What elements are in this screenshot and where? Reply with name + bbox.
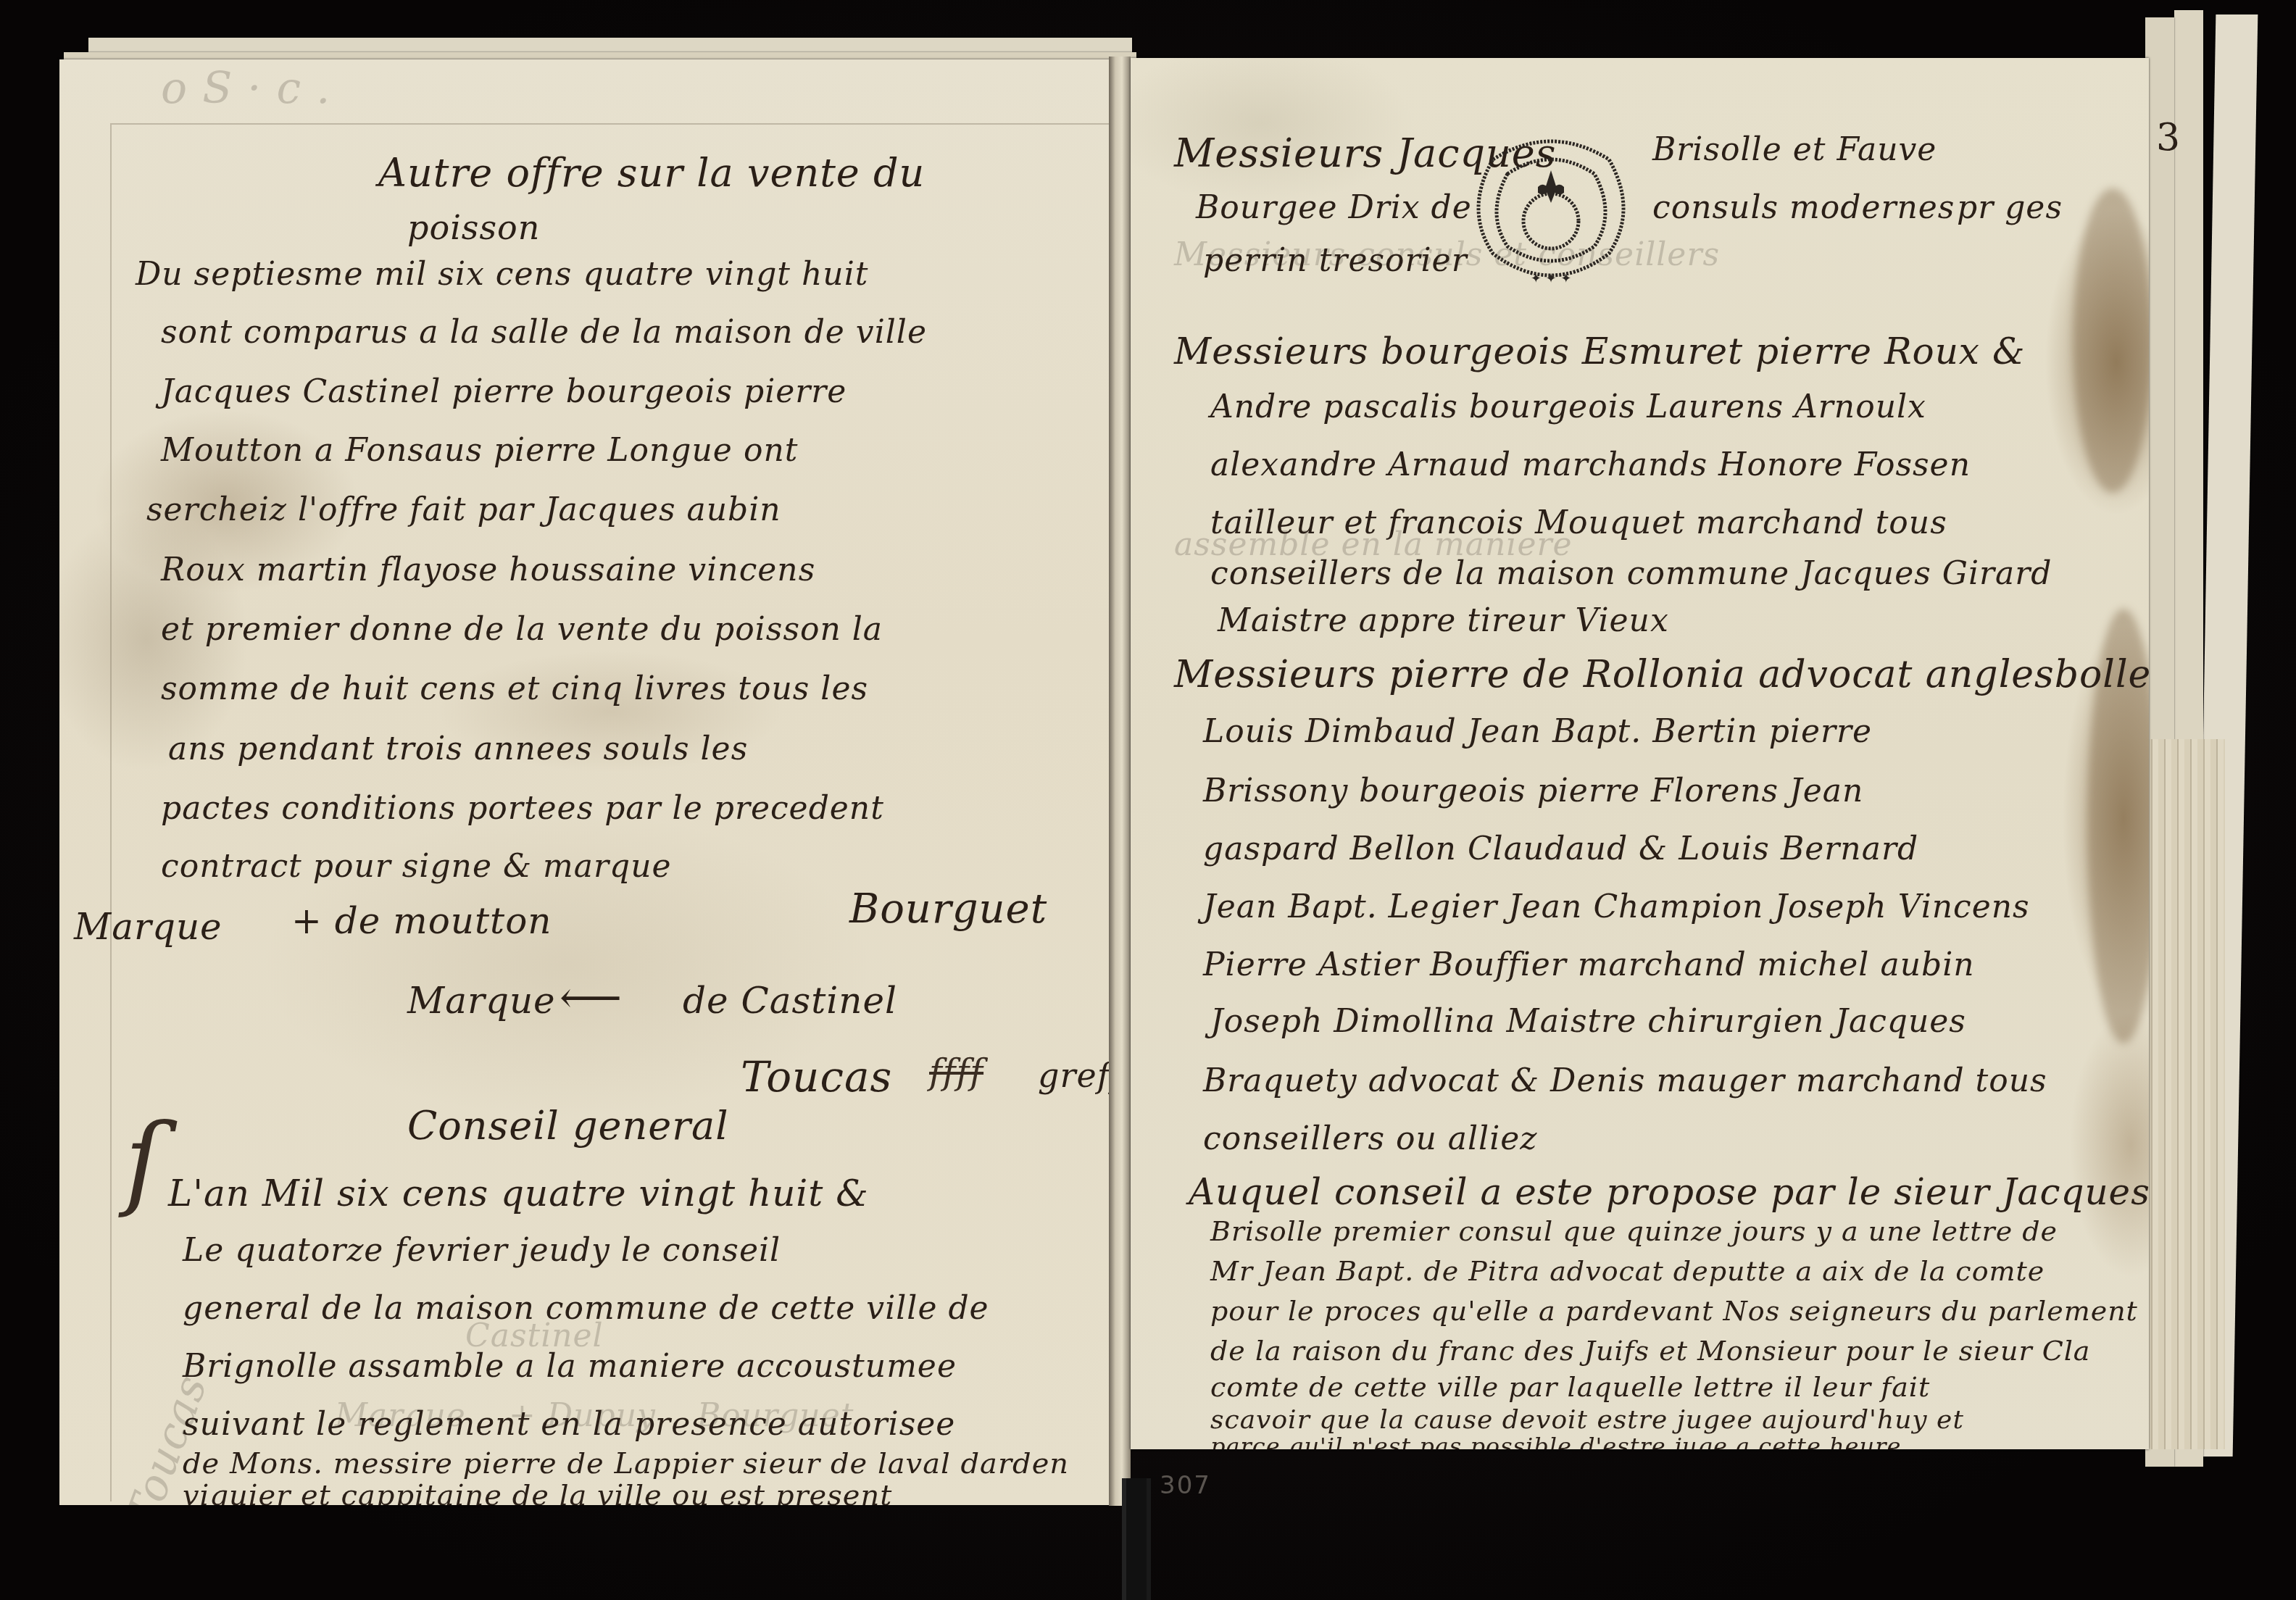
text-line: Braquety advocat & Denis mauger marchand… <box>1203 1065 2047 1097</box>
text-line: Roux martin flayose houssaine vincens <box>161 554 815 586</box>
signature-cross: ⟵ <box>560 972 623 1023</box>
text-line: de Mons. messire pierre de Lappier sieur… <box>183 1449 1069 1478</box>
text-line: sercheiz l'offre fait par Jacques aubin <box>146 494 781 526</box>
text-line: gaspard Bellon Claudaud & Louis Bernard <box>1203 833 1918 865</box>
section-heading: Conseil general <box>407 1103 729 1149</box>
folio-number: 3 <box>2156 116 2180 159</box>
text-line: Auquel conseil a este propose par le sie… <box>1189 1174 2149 1210</box>
text-line: somme de huit cens et cinq livres tous l… <box>161 673 868 705</box>
text-line: pour le proces qu'elle a pardevant Nos s… <box>1210 1297 2138 1325</box>
page-edge-stack <box>2145 739 2225 1449</box>
text-line: pr ges <box>1957 192 2063 224</box>
text-line: Pierre Astier Bouffier marchand michel a… <box>1203 949 1975 981</box>
signature-castinel: de Castinel <box>683 980 897 1022</box>
left-page: o S · c . Marque + Dupuy Bourguet Castin… <box>59 59 1118 1505</box>
text-line: Bourgee Drix de <box>1196 192 1472 224</box>
text-line: Du septiesme mil six cens quatre vingt h… <box>136 259 868 291</box>
bleed-through-text: o S · c . <box>161 67 330 110</box>
right-page: Messieurs consuls et conseillers assembl… <box>1131 58 2149 1449</box>
text-line: conseillers de la maison commune Jacques… <box>1210 558 2052 590</box>
text-line: de la raison du franc des Juifs et Monsi… <box>1210 1337 2091 1364</box>
entry-heading-continued: poisson <box>407 208 540 247</box>
archival-pencil-number: 307 <box>1160 1471 1211 1500</box>
text-line: Maistre appre tireur Vieux <box>1218 605 1669 637</box>
text-line: parce qu'il n'est pas possible d'estre j… <box>1210 1435 1901 1449</box>
text-line: conseillers ou alliez <box>1203 1123 1537 1155</box>
signature-greffier: greff. <box>1038 1056 1118 1095</box>
text-line: Brisolle et Fauve <box>1652 134 1937 166</box>
text-line: sont comparus a la salle de la maison de… <box>161 317 927 349</box>
text-line: contract pour signe & marque <box>161 851 672 883</box>
text-line: ans pendant trois annees souls les <box>168 733 748 765</box>
text-line: Jean Bapt. Legier Jean Champion Joseph V… <box>1203 891 2030 923</box>
text-line: suivant le reglement en la presence auto… <box>183 1409 955 1441</box>
text-line: Andre pascalis bourgeois Laurens Arnoulx <box>1210 391 1926 423</box>
manuscript-scene: o S · c . Marque + Dupuy Bourguet Castin… <box>0 0 2296 1600</box>
text-line: Brisolle premier consul que quinze jours… <box>1210 1217 2058 1245</box>
text-line: Louis Dimbaud Jean Bapt. Bertin pierre <box>1203 716 1872 748</box>
seal-stamp-icon: ✦ ✦ ✦ <box>1464 130 1638 297</box>
text-line: Jacques Castinel pierre bourgeois pierre <box>161 376 847 408</box>
text-line: viguier et cappitaine de la ville ou est… <box>183 1481 892 1505</box>
book-gutter <box>1109 57 1131 1506</box>
entry-heading: Autre offre sur la vente du <box>378 150 925 196</box>
text-line: Mr Jean Bapt. de Pitra advocat deputte a… <box>1210 1257 2045 1285</box>
text-line: consuls modernes <box>1652 192 1955 224</box>
text-line: tailleur et francois Mouquet marchand to… <box>1210 507 1947 539</box>
spine <box>1122 1478 1151 1600</box>
text-line: Messieurs pierre de Rollonia advocat ang… <box>1174 656 2149 693</box>
marginal-flourish: ſ <box>125 1103 163 1221</box>
text-line: Joseph Dimollina Maistre chirurgien Jacq… <box>1210 1006 1966 1038</box>
svg-text:✦ ✦ ✦: ✦ ✦ ✦ <box>1531 271 1572 286</box>
text-line: Le quatorze fevrier jeudy le conseil <box>183 1235 781 1267</box>
text-line: alexandre Arnaud marchands Honore Fossen <box>1210 449 1971 481</box>
signature-cross: + de moutton <box>291 900 552 942</box>
text-line: comte de cette ville par laquelle lettre… <box>1210 1373 1930 1401</box>
signature-mark: Marque <box>407 980 556 1022</box>
text-line: general de la maison commune de cette vi… <box>183 1293 989 1325</box>
signature-flourish: ffff <box>929 1052 983 1093</box>
water-stain <box>2073 188 2149 493</box>
text-line: perrin tresorier <box>1203 245 1468 277</box>
text-line: Brissony bourgeois pierre Florens Jean <box>1203 775 1863 807</box>
text-line: pactes conditions portees par le precede… <box>161 793 884 825</box>
text-line: Brignolle assamble a la maniere accoustu… <box>183 1351 957 1383</box>
text-line: scavoir que la cause devoit estre jugee … <box>1210 1407 1964 1433</box>
text-line: et premier donne de la vente du poisson … <box>161 614 883 646</box>
signature-mark: Marque <box>74 906 222 948</box>
text-line: L'an Mil six cens quatre vingt huit & <box>168 1175 869 1212</box>
signature-bourguet: Bourguet <box>849 886 1047 933</box>
text-line: Messieurs bourgeois Esmuret pierre Roux … <box>1174 333 2025 370</box>
text-line: Moutton a Fonsaus pierre Longue ont <box>161 435 798 467</box>
signature-toucas: Toucas <box>741 1052 892 1101</box>
